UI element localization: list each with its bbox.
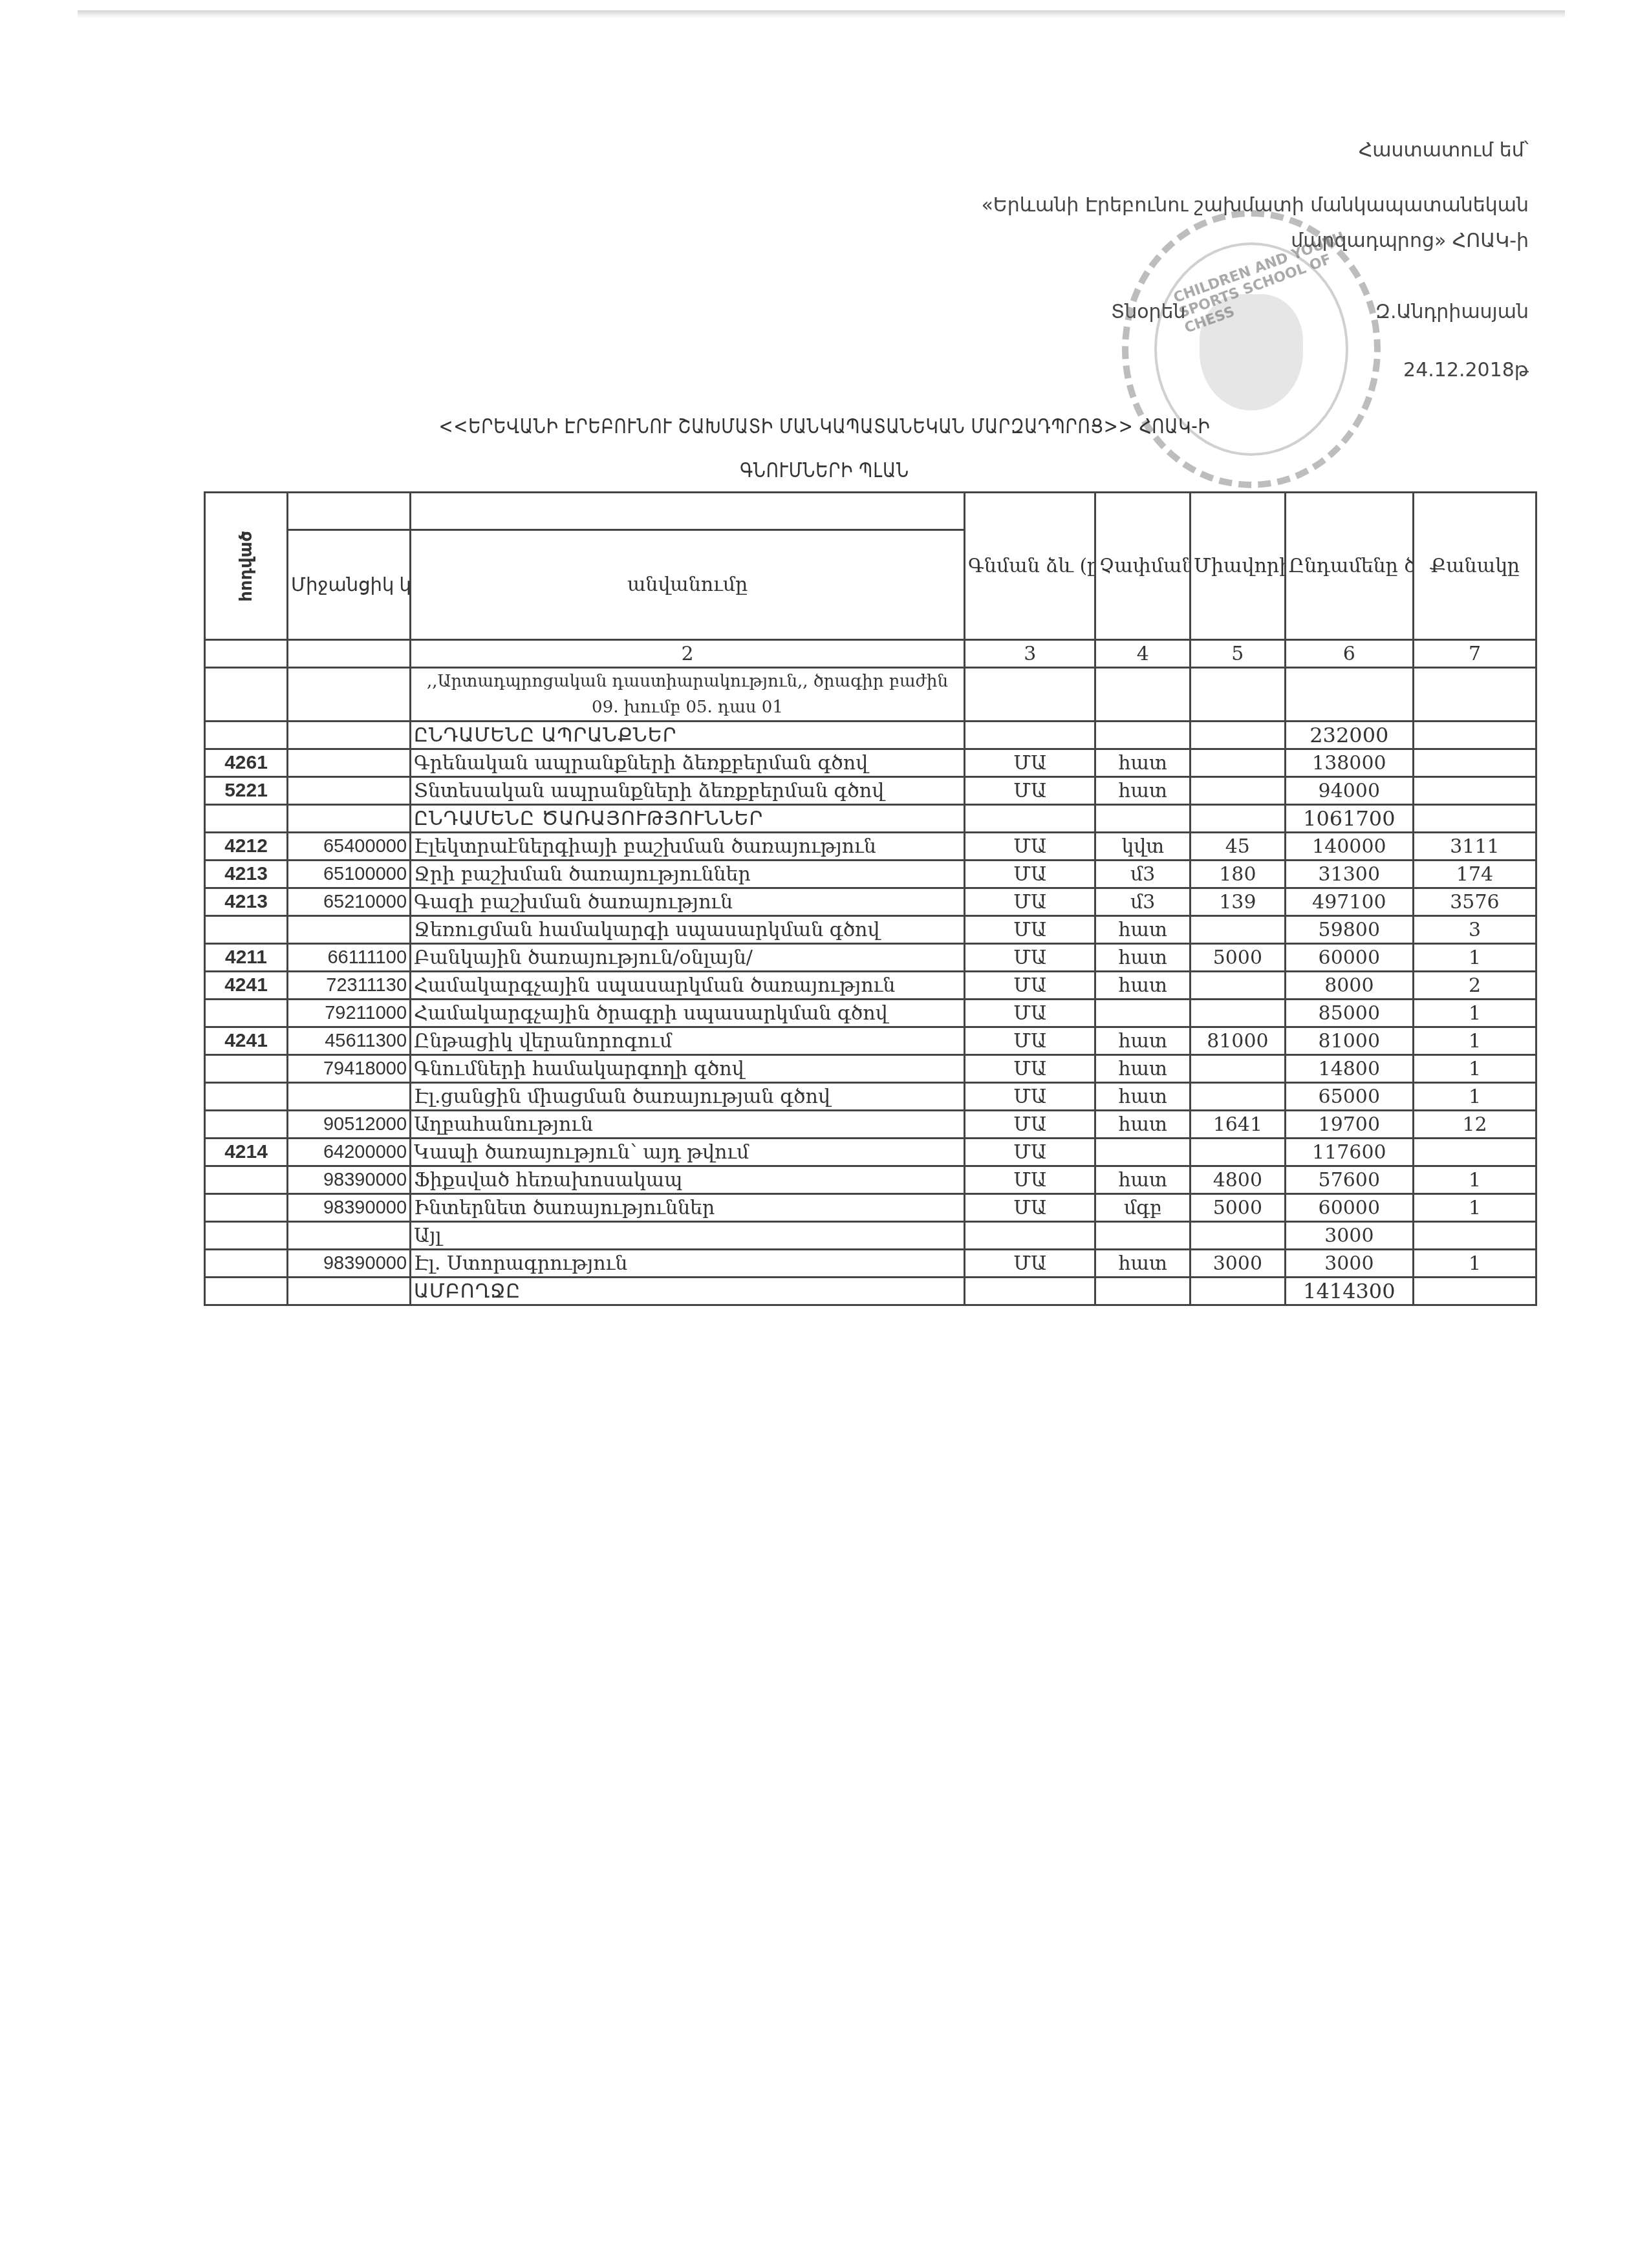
column-number: 7 — [1413, 640, 1536, 668]
item-name: Կապի ծառայություն՝ այդ թվում — [411, 1139, 965, 1166]
document-title: <<ԵՐԵՎԱՆԻ ԷՐԵԲՈՒՆՈՒ ՇԱԽՄԱՏԻ ՄԱՆԿԱՊԱՏԱՆԵԿ… — [149, 414, 1501, 438]
item-name: ԸՆԴԱՄԵՆԸ ԱՊՐԱՆՔՆԵՐ — [411, 722, 965, 749]
quantity: 1 — [1413, 1000, 1536, 1027]
item-name: ԸՆԴԱՄԵՆԸ ԾԱՌԱՅՈՒԹՅՈՒՆՆԵՐ — [411, 805, 965, 833]
column-number: 2 — [411, 640, 965, 668]
procurement-form: ՄԱ — [965, 1166, 1095, 1194]
total-cost: 60000 — [1285, 1194, 1413, 1222]
cpv-code: 66111100 — [288, 944, 411, 972]
table-row: 424145611300Ընթացիկ վերանորոգումՄԱհատ810… — [205, 1027, 1536, 1055]
cpv-code: 98390000 — [288, 1194, 411, 1222]
section-total-row: ԸՆԴԱՄԵՆԸ ԱՊՐԱՆՔՆԵՐ232000 — [205, 722, 1536, 749]
quantity: 3111 — [1413, 833, 1536, 861]
table-row: 421166111100Բանկային ծառայություն/օնլայն… — [205, 944, 1536, 972]
quantity: 174 — [1413, 861, 1536, 888]
section-total-row: ԱՄԲՈՂՋԸ1414300 — [205, 1278, 1536, 1305]
cpv-code: 45611300 — [288, 1027, 411, 1055]
article-code — [205, 1083, 288, 1111]
procurement-form — [965, 805, 1095, 833]
quantity: 12 — [1413, 1111, 1536, 1139]
unit-price — [1191, 1222, 1286, 1250]
cpv-code — [288, 916, 411, 944]
header-total-cost: Ընդամենը ծախսերը (դրամ) — [1285, 493, 1413, 640]
item-name: Ֆիքսված հեռախոսակապ — [411, 1166, 965, 1194]
item-name: Էլ.ցանցին միացման ծառայության գծով — [411, 1083, 965, 1111]
item-name: Գազի բաշխման ծառայություն — [411, 888, 965, 916]
cpv-code — [288, 1083, 411, 1111]
table-row: 421464200000Կապի ծառայություն՝ այդ թվում… — [205, 1139, 1536, 1166]
quantity: 1 — [1413, 1083, 1536, 1111]
cpv-code: 72311130 — [288, 972, 411, 1000]
unit-price — [1191, 1055, 1286, 1083]
program-note: ,,Արտադպրոցական դաստիարակություն,, ծրագի… — [411, 668, 965, 722]
item-name: Տնտեսական ապրանքների ձեռքբերման գծով — [411, 777, 965, 805]
cpv-code — [288, 805, 411, 833]
column-number: 4 — [1095, 640, 1191, 668]
quantity: 1 — [1413, 944, 1536, 972]
procurement-form: ՄԱ — [965, 1000, 1095, 1027]
quantity: 3576 — [1413, 888, 1536, 916]
item-name: Գնումների համակարգողի գծով — [411, 1055, 965, 1083]
total-cost: 140000 — [1285, 833, 1413, 861]
item-name: Էլ. Ստորագրություն — [411, 1250, 965, 1278]
header-top-row: հոդված Գնման ձև (ընթացա կարգը) Չափման մի… — [205, 493, 1536, 530]
table-row: 79418000Գնումների համակարգողի գծովՄԱհատ1… — [205, 1055, 1536, 1083]
quantity: 1 — [1413, 1055, 1536, 1083]
total-cost: 1061700 — [1285, 805, 1413, 833]
total-cost: 31300 — [1285, 861, 1413, 888]
article-code: 4213 — [205, 888, 288, 916]
procurement-form: ՄԱ — [965, 777, 1095, 805]
column-number: 6 — [1285, 640, 1413, 668]
total-cost: 19700 — [1285, 1111, 1413, 1139]
procurement-form: ՄԱ — [965, 1055, 1095, 1083]
unit-price: 45 — [1191, 833, 1286, 861]
table-row: 79211000Համակարգչային ծրագրի սպասարկման … — [205, 1000, 1536, 1027]
header-cpv: Միջանցիկ կոդն ըստ CPV դասա կարգման — [288, 530, 411, 640]
header-unit: Չափման միավորը — [1095, 493, 1191, 640]
procurement-form: ՄԱ — [965, 1111, 1095, 1139]
article-code: 4211 — [205, 944, 288, 972]
item-name: Ջրի բաշխման ծառայություններ — [411, 861, 965, 888]
procurement-form: ՄԱ — [965, 1194, 1095, 1222]
table-row: 424172311130Համակարգչային սպասարկման ծառ… — [205, 972, 1536, 1000]
unit — [1095, 1278, 1191, 1305]
article-code: 4214 — [205, 1139, 288, 1166]
article-code — [205, 805, 288, 833]
unit: հատ — [1095, 1083, 1191, 1111]
unit: հատ — [1095, 972, 1191, 1000]
cpv-code — [288, 777, 411, 805]
quantity: 1 — [1413, 1194, 1536, 1222]
quantity: 3 — [1413, 916, 1536, 944]
table-row: Էլ.ցանցին միացման ծառայության գծովՄԱհատ6… — [205, 1083, 1536, 1111]
item-name: ԱՄԲՈՂՋԸ — [411, 1278, 965, 1305]
quantity — [1413, 722, 1536, 749]
article-code — [205, 1194, 288, 1222]
article-code — [205, 1055, 288, 1083]
procurement-form: ՄԱ — [965, 833, 1095, 861]
header-quantity: Քանակը — [1413, 493, 1536, 640]
cpv-code: 90512000 — [288, 1111, 411, 1139]
header-name: անվանումը — [411, 530, 965, 640]
unit: մգբ — [1095, 1194, 1191, 1222]
unit: հատ — [1095, 944, 1191, 972]
total-cost: 59800 — [1285, 916, 1413, 944]
unit-price — [1191, 749, 1286, 777]
signer-name: Զ.Անդրիասյան — [1375, 301, 1529, 323]
unit-price — [1191, 777, 1286, 805]
table-row: 421265400000Էլեկտրաէներգիայի բաշխման ծառ… — [205, 833, 1536, 861]
procurement-form: ՄԱ — [965, 1139, 1095, 1166]
unit-price — [1191, 722, 1286, 749]
unit — [1095, 805, 1191, 833]
article-code: 5221 — [205, 777, 288, 805]
item-name: Համակարգչային սպասարկման ծառայություն — [411, 972, 965, 1000]
unit-price: 5000 — [1191, 1194, 1286, 1222]
procurement-form — [965, 1222, 1095, 1250]
column-number: 5 — [1191, 640, 1286, 668]
total-cost: 8000 — [1285, 972, 1413, 1000]
total-cost: 57600 — [1285, 1166, 1413, 1194]
document-subtitle: ԳՆՈՒՄՆԵՐԻ ՊԼԱՆ — [149, 458, 1501, 482]
unit: հատ — [1095, 1027, 1191, 1055]
unit: հատ — [1095, 1111, 1191, 1139]
unit — [1095, 722, 1191, 749]
cpv-code — [288, 1278, 411, 1305]
unit-price — [1191, 916, 1286, 944]
column-number: 3 — [965, 640, 1095, 668]
unit-price — [1191, 1000, 1286, 1027]
table-row: Ջեռուցման համակարգի սպասարկման գծովՄԱհատ… — [205, 916, 1536, 944]
article-code — [205, 916, 288, 944]
cpv-code: 98390000 — [288, 1250, 411, 1278]
header-unit-price: Միավորի գինը — [1191, 493, 1286, 640]
unit: հատ — [1095, 916, 1191, 944]
table-row: 4261Գրենական ապրանքների ձեռքբերման գծովՄ… — [205, 749, 1536, 777]
column-number-row: 234567 — [205, 640, 1536, 668]
procurement-form: ՄԱ — [965, 1027, 1095, 1055]
procurement-form — [965, 1278, 1095, 1305]
quantity — [1413, 1222, 1536, 1250]
total-cost: 3000 — [1285, 1250, 1413, 1278]
item-name: Բանկային ծառայություն/օնլայն/ — [411, 944, 965, 972]
unit-price: 81000 — [1191, 1027, 1286, 1055]
item-name: Այլ — [411, 1222, 965, 1250]
procurement-form: ՄԱ — [965, 1083, 1095, 1111]
quantity: 1 — [1413, 1166, 1536, 1194]
procurement-form: ՄԱ — [965, 1250, 1095, 1278]
cpv-code: 65210000 — [288, 888, 411, 916]
total-cost: 14800 — [1285, 1055, 1413, 1083]
article-code: 4241 — [205, 972, 288, 1000]
cpv-code: 64200000 — [288, 1139, 411, 1166]
procurement-form — [965, 722, 1095, 749]
unit: հատ — [1095, 1250, 1191, 1278]
quantity: 1 — [1413, 1027, 1536, 1055]
procurement-form: ՄԱ — [965, 749, 1095, 777]
unit: հատ — [1095, 1166, 1191, 1194]
procurement-form: ՄԱ — [965, 944, 1095, 972]
item-name: Համակարգչային ծրագրի սպասարկման գծով — [411, 1000, 965, 1027]
item-name: Էլեկտրաէներգիայի բաշխման ծառայություն — [411, 833, 965, 861]
article-code — [205, 1000, 288, 1027]
procurement-form: ՄԱ — [965, 861, 1095, 888]
procurement-form: ՄԱ — [965, 972, 1095, 1000]
article-code: 4213 — [205, 861, 288, 888]
header-procurement-form: Գնման ձև (ընթացա կարգը) — [965, 493, 1095, 640]
unit-price — [1191, 972, 1286, 1000]
table-row: 98390000Էլ. ՍտորագրությունՄԱհատ300030001 — [205, 1250, 1536, 1278]
unit-price — [1191, 1083, 1286, 1111]
table-row: 98390000Ինտերնետ ծառայություններՄԱմգբ500… — [205, 1194, 1536, 1222]
unit-price: 139 — [1191, 888, 1286, 916]
item-name: Ընթացիկ վերանորոգում — [411, 1027, 965, 1055]
total-cost: 94000 — [1285, 777, 1413, 805]
quantity — [1413, 1278, 1536, 1305]
approval-heading: Հաստատում եմ՝ — [1359, 139, 1529, 162]
program-note-row: ,,Արտադպրոցական դաստիարակություն,, ծրագի… — [205, 668, 1536, 722]
unit-price — [1191, 1278, 1286, 1305]
procurement-form: ՄԱ — [965, 888, 1095, 916]
item-name: Գրենական ապրանքների ձեռքբերման գծով — [411, 749, 965, 777]
quantity — [1413, 749, 1536, 777]
procurement-plan-table: հոդված Գնման ձև (ընթացա կարգը) Չափման մի… — [204, 491, 1537, 1306]
unit: մ3 — [1095, 888, 1191, 916]
article-code — [205, 1250, 288, 1278]
unit-price: 180 — [1191, 861, 1286, 888]
unit-price: 4800 — [1191, 1166, 1286, 1194]
total-cost: 117600 — [1285, 1139, 1413, 1166]
unit-price — [1191, 1139, 1286, 1166]
unit-price: 1641 — [1191, 1111, 1286, 1139]
article-code — [205, 1166, 288, 1194]
unit — [1095, 1000, 1191, 1027]
total-cost: 138000 — [1285, 749, 1413, 777]
approval-date: 24.12.2018թ — [1403, 359, 1529, 381]
cpv-code: 98390000 — [288, 1166, 411, 1194]
total-cost: 65000 — [1285, 1083, 1413, 1111]
header-article: հոդված — [205, 493, 288, 640]
quantity: 1 — [1413, 1250, 1536, 1278]
table-row: 5221Տնտեսական ապրանքների ձեռքբերման գծով… — [205, 777, 1536, 805]
unit: հատ — [1095, 777, 1191, 805]
table-row: Այլ3000 — [205, 1222, 1536, 1250]
unit: հատ — [1095, 749, 1191, 777]
unit-price: 5000 — [1191, 944, 1286, 972]
article-code — [205, 1222, 288, 1250]
cpv-code: 65400000 — [288, 833, 411, 861]
table-row: 421365100000Ջրի բաշխման ծառայություններՄ… — [205, 861, 1536, 888]
unit — [1095, 1139, 1191, 1166]
table-row: 98390000Ֆիքսված հեռախոսակապՄԱհատ48005760… — [205, 1166, 1536, 1194]
table-row: 421365210000Գազի բաշխման ծառայությունՄԱմ… — [205, 888, 1536, 916]
official-stamp-icon: CHILDREN AND YOUTH SPORTS SCHOOL OF CHES… — [1122, 210, 1381, 488]
total-cost: 60000 — [1285, 944, 1413, 972]
unit: կվտ — [1095, 833, 1191, 861]
unit: մ3 — [1095, 861, 1191, 888]
quantity — [1413, 805, 1536, 833]
quantity — [1413, 777, 1536, 805]
total-cost: 497100 — [1285, 888, 1413, 916]
unit-price: 3000 — [1191, 1250, 1286, 1278]
cpv-code: 79211000 — [288, 1000, 411, 1027]
quantity — [1413, 1139, 1536, 1166]
column-number — [205, 640, 288, 668]
procurement-form: ՄԱ — [965, 916, 1095, 944]
article-code — [205, 1111, 288, 1139]
item-name: Ջեռուցման համակարգի սպասարկման գծով — [411, 916, 965, 944]
unit-price — [1191, 805, 1286, 833]
cpv-code — [288, 722, 411, 749]
total-cost: 81000 — [1285, 1027, 1413, 1055]
unit: հատ — [1095, 1055, 1191, 1083]
item-name: Աղբահանություն — [411, 1111, 965, 1139]
total-cost: 3000 — [1285, 1222, 1413, 1250]
article-code: 4261 — [205, 749, 288, 777]
total-cost: 85000 — [1285, 1000, 1413, 1027]
column-number — [288, 640, 411, 668]
cpv-code — [288, 749, 411, 777]
item-name: Ինտերնետ ծառայություններ — [411, 1194, 965, 1222]
total-cost: 1414300 — [1285, 1278, 1413, 1305]
scan-edge-shadow — [78, 10, 1565, 18]
cpv-code — [288, 1222, 411, 1250]
article-code: 4241 — [205, 1027, 288, 1055]
table-row: 90512000ԱղբահանությունՄԱհատ16411970012 — [205, 1111, 1536, 1139]
article-code — [205, 1278, 288, 1305]
article-code: 4212 — [205, 833, 288, 861]
article-code — [205, 722, 288, 749]
cpv-code: 65100000 — [288, 861, 411, 888]
total-cost: 232000 — [1285, 722, 1413, 749]
quantity: 2 — [1413, 972, 1536, 1000]
section-total-row: ԸՆԴԱՄԵՆԸ ԾԱՌԱՅՈՒԹՅՈՒՆՆԵՐ1061700 — [205, 805, 1536, 833]
cpv-code: 79418000 — [288, 1055, 411, 1083]
unit — [1095, 1222, 1191, 1250]
